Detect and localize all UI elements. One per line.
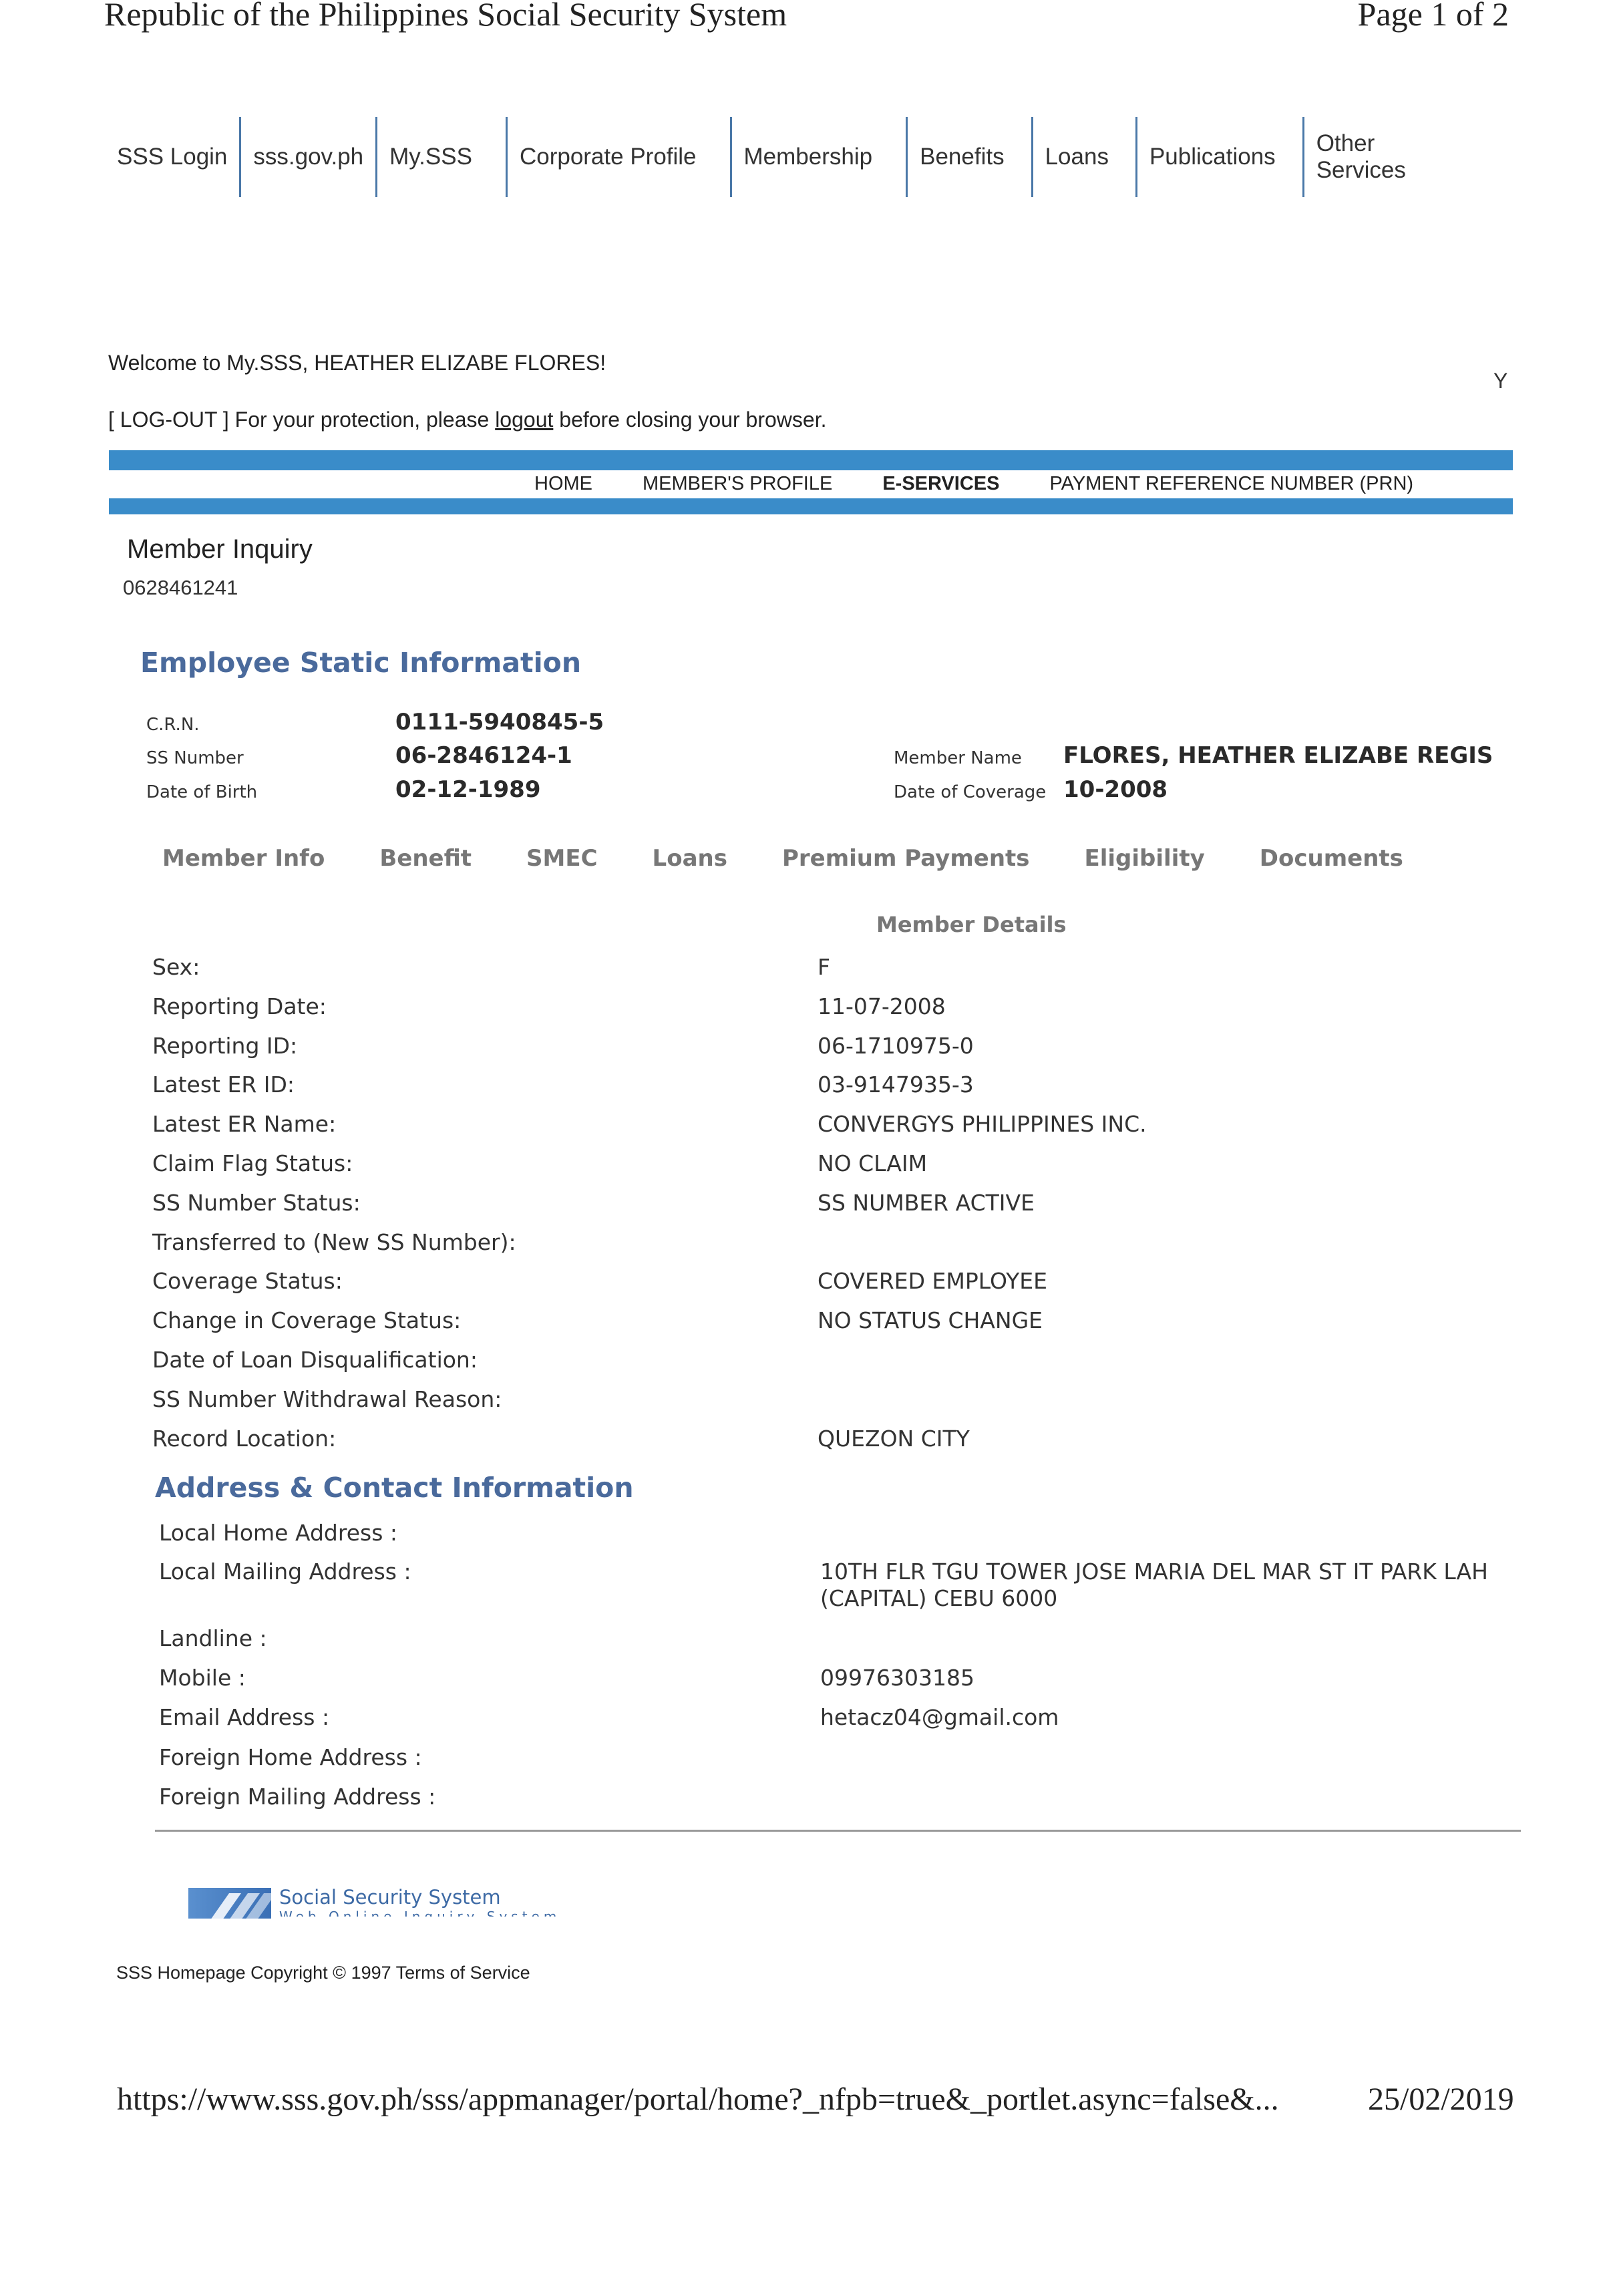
subnav-e-services[interactable]: E-SERVICES bbox=[882, 473, 999, 495]
page-number: Page 1 of 2 bbox=[1358, 0, 1509, 33]
content-divider bbox=[155, 1830, 1521, 1832]
detail-value: F bbox=[818, 954, 830, 980]
foreign-home-address-label: Foreign Home Address : bbox=[159, 1744, 422, 1770]
nav-loans[interactable]: Loans bbox=[1031, 117, 1135, 197]
local-home-address-label: Local Home Address : bbox=[159, 1520, 397, 1546]
mobile-value: 09976303185 bbox=[820, 1665, 974, 1691]
logout-prefix: [ LOG-OUT ] For your protection, please bbox=[108, 407, 495, 432]
detail-value: NO CLAIM bbox=[818, 1150, 927, 1176]
logout-link[interactable]: logout bbox=[495, 407, 553, 432]
detail-label: Transferred to (New SS Number): bbox=[152, 1229, 516, 1255]
detail-label: Latest ER ID: bbox=[152, 1072, 295, 1098]
detail-label: Date of Loan Disqualification: bbox=[152, 1347, 478, 1373]
dob-value: 02-12-1989 bbox=[395, 776, 540, 803]
subnav-members-profile[interactable]: MEMBER'S PROFILE bbox=[643, 473, 832, 495]
coverage-date-label: Date of Coverage bbox=[894, 782, 1046, 802]
detail-label: Reporting ID: bbox=[152, 1033, 297, 1059]
clipped-text-fragment: Y bbox=[1493, 369, 1507, 393]
address-heading: Address & Contact Information bbox=[155, 1472, 634, 1504]
nav-other-services[interactable]: Other Services bbox=[1302, 117, 1479, 197]
inquiry-number: 0628461241 bbox=[123, 576, 238, 600]
tab-loans[interactable]: Loans bbox=[653, 845, 727, 872]
detail-label: SS Number Withdrawal Reason: bbox=[152, 1386, 502, 1412]
detail-label: Claim Flag Status: bbox=[152, 1150, 353, 1176]
tab-smec[interactable]: SMEC bbox=[526, 845, 598, 872]
detail-value: QUEZON CITY bbox=[818, 1426, 970, 1452]
detail-value: NO STATUS CHANGE bbox=[818, 1307, 1043, 1333]
tab-premium-payments[interactable]: Premium Payments bbox=[782, 845, 1030, 872]
ss-number-label: SS Number bbox=[146, 748, 244, 768]
detail-value: 03-9147935-3 bbox=[818, 1072, 974, 1098]
detail-label: Change in Coverage Status: bbox=[152, 1307, 461, 1333]
detail-value: 11-07-2008 bbox=[818, 993, 946, 1019]
nav-benefits[interactable]: Benefits bbox=[906, 117, 1031, 197]
dob-label: Date of Birth bbox=[146, 782, 257, 802]
print-footer-url: https://www.sss.gov.ph/sss/appmanager/po… bbox=[117, 2081, 1279, 2118]
tab-member-info[interactable]: Member Info bbox=[162, 845, 325, 872]
detail-label: SS Number Status: bbox=[152, 1190, 361, 1216]
top-nav: SSS Login sss.gov.ph My.SSS Corporate Pr… bbox=[107, 117, 1479, 197]
detail-label: Coverage Status: bbox=[152, 1268, 343, 1294]
logout-suffix: before closing your browser. bbox=[553, 407, 826, 432]
foreign-mailing-address-label: Foreign Mailing Address : bbox=[159, 1784, 435, 1810]
crn-value: 0111-5940845-5 bbox=[395, 709, 604, 735]
detail-value: SS NUMBER ACTIVE bbox=[818, 1190, 1035, 1216]
sub-nav: HOME MEMBER'S PROFILE E-SERVICES PAYMENT… bbox=[534, 470, 1463, 498]
detail-value: COVERED EMPLOYEE bbox=[818, 1268, 1047, 1294]
print-header-title: Republic of the Philippines Social Secur… bbox=[104, 0, 787, 33]
detail-value: 06-1710975-0 bbox=[818, 1033, 974, 1059]
member-details-heading: Member Details bbox=[876, 912, 1067, 937]
welcome-message: Welcome to My.SSS, HEATHER ELIZABE FLORE… bbox=[108, 351, 606, 375]
nav-my-sss[interactable]: My.SSS bbox=[375, 117, 506, 197]
detail-value: CONVERGYS PHILIPPINES INC. bbox=[818, 1111, 1147, 1137]
tab-benefit[interactable]: Benefit bbox=[379, 845, 472, 872]
mobile-label: Mobile : bbox=[159, 1665, 246, 1691]
subnav-prn[interactable]: PAYMENT REFERENCE NUMBER (PRN) bbox=[1049, 473, 1413, 495]
page-title: Member Inquiry bbox=[127, 534, 313, 564]
coverage-date-value: 10-2008 bbox=[1063, 776, 1168, 803]
detail-label: Record Location: bbox=[152, 1426, 336, 1452]
nav-bar-top-stripe bbox=[109, 450, 1513, 470]
local-mailing-address-line1: 10TH FLR TGU TOWER JOSE MARIA DEL MAR ST… bbox=[820, 1559, 1522, 1585]
detail-label: Latest ER Name: bbox=[152, 1111, 336, 1137]
email-value: hetacz04@gmail.com bbox=[820, 1704, 1059, 1731]
copyright-notice: SSS Homepage Copyright © 1997 Terms of S… bbox=[116, 1963, 530, 1983]
subnav-home[interactable]: HOME bbox=[534, 473, 592, 495]
print-footer-date: 25/02/2019 bbox=[1368, 2081, 1514, 2118]
detail-label: Reporting Date: bbox=[152, 993, 327, 1019]
email-label: Email Address : bbox=[159, 1704, 329, 1730]
detail-label: Sex: bbox=[152, 954, 200, 980]
crn-label: C.R.N. bbox=[146, 715, 200, 735]
landline-label: Landline : bbox=[159, 1625, 267, 1651]
nav-bar-bottom-stripe bbox=[109, 498, 1513, 514]
member-name-value: FLORES, HEATHER ELIZABE REGIS bbox=[1063, 742, 1493, 769]
member-name-label: Member Name bbox=[894, 748, 1022, 768]
local-mailing-address-line2: (CAPITAL) CEBU 6000 bbox=[820, 1585, 1057, 1612]
member-tabs: Member Info Benefit SMEC Loans Premium P… bbox=[162, 845, 1458, 872]
static-info-heading: Employee Static Information bbox=[140, 647, 581, 679]
tab-documents[interactable]: Documents bbox=[1260, 845, 1403, 872]
nav-membership[interactable]: Membership bbox=[730, 117, 906, 197]
nav-corporate-profile[interactable]: Corporate Profile bbox=[506, 117, 730, 197]
sss-logo-icon bbox=[188, 1888, 271, 1919]
logo-subtext: Web Online Inquiry System bbox=[279, 1909, 560, 1917]
nav-publications[interactable]: Publications bbox=[1135, 117, 1302, 197]
nav-sss-login[interactable]: SSS Login bbox=[107, 117, 239, 197]
logout-notice: [ LOG-OUT ] For your protection, please … bbox=[108, 407, 826, 432]
tab-eligibility[interactable]: Eligibility bbox=[1085, 845, 1205, 872]
local-mailing-address-label: Local Mailing Address : bbox=[159, 1559, 411, 1585]
nav-sss-gov-ph[interactable]: sss.gov.ph bbox=[239, 117, 375, 197]
logo-text: Social Security System bbox=[279, 1886, 501, 1909]
ss-number-value: 06-2846124-1 bbox=[395, 742, 572, 769]
